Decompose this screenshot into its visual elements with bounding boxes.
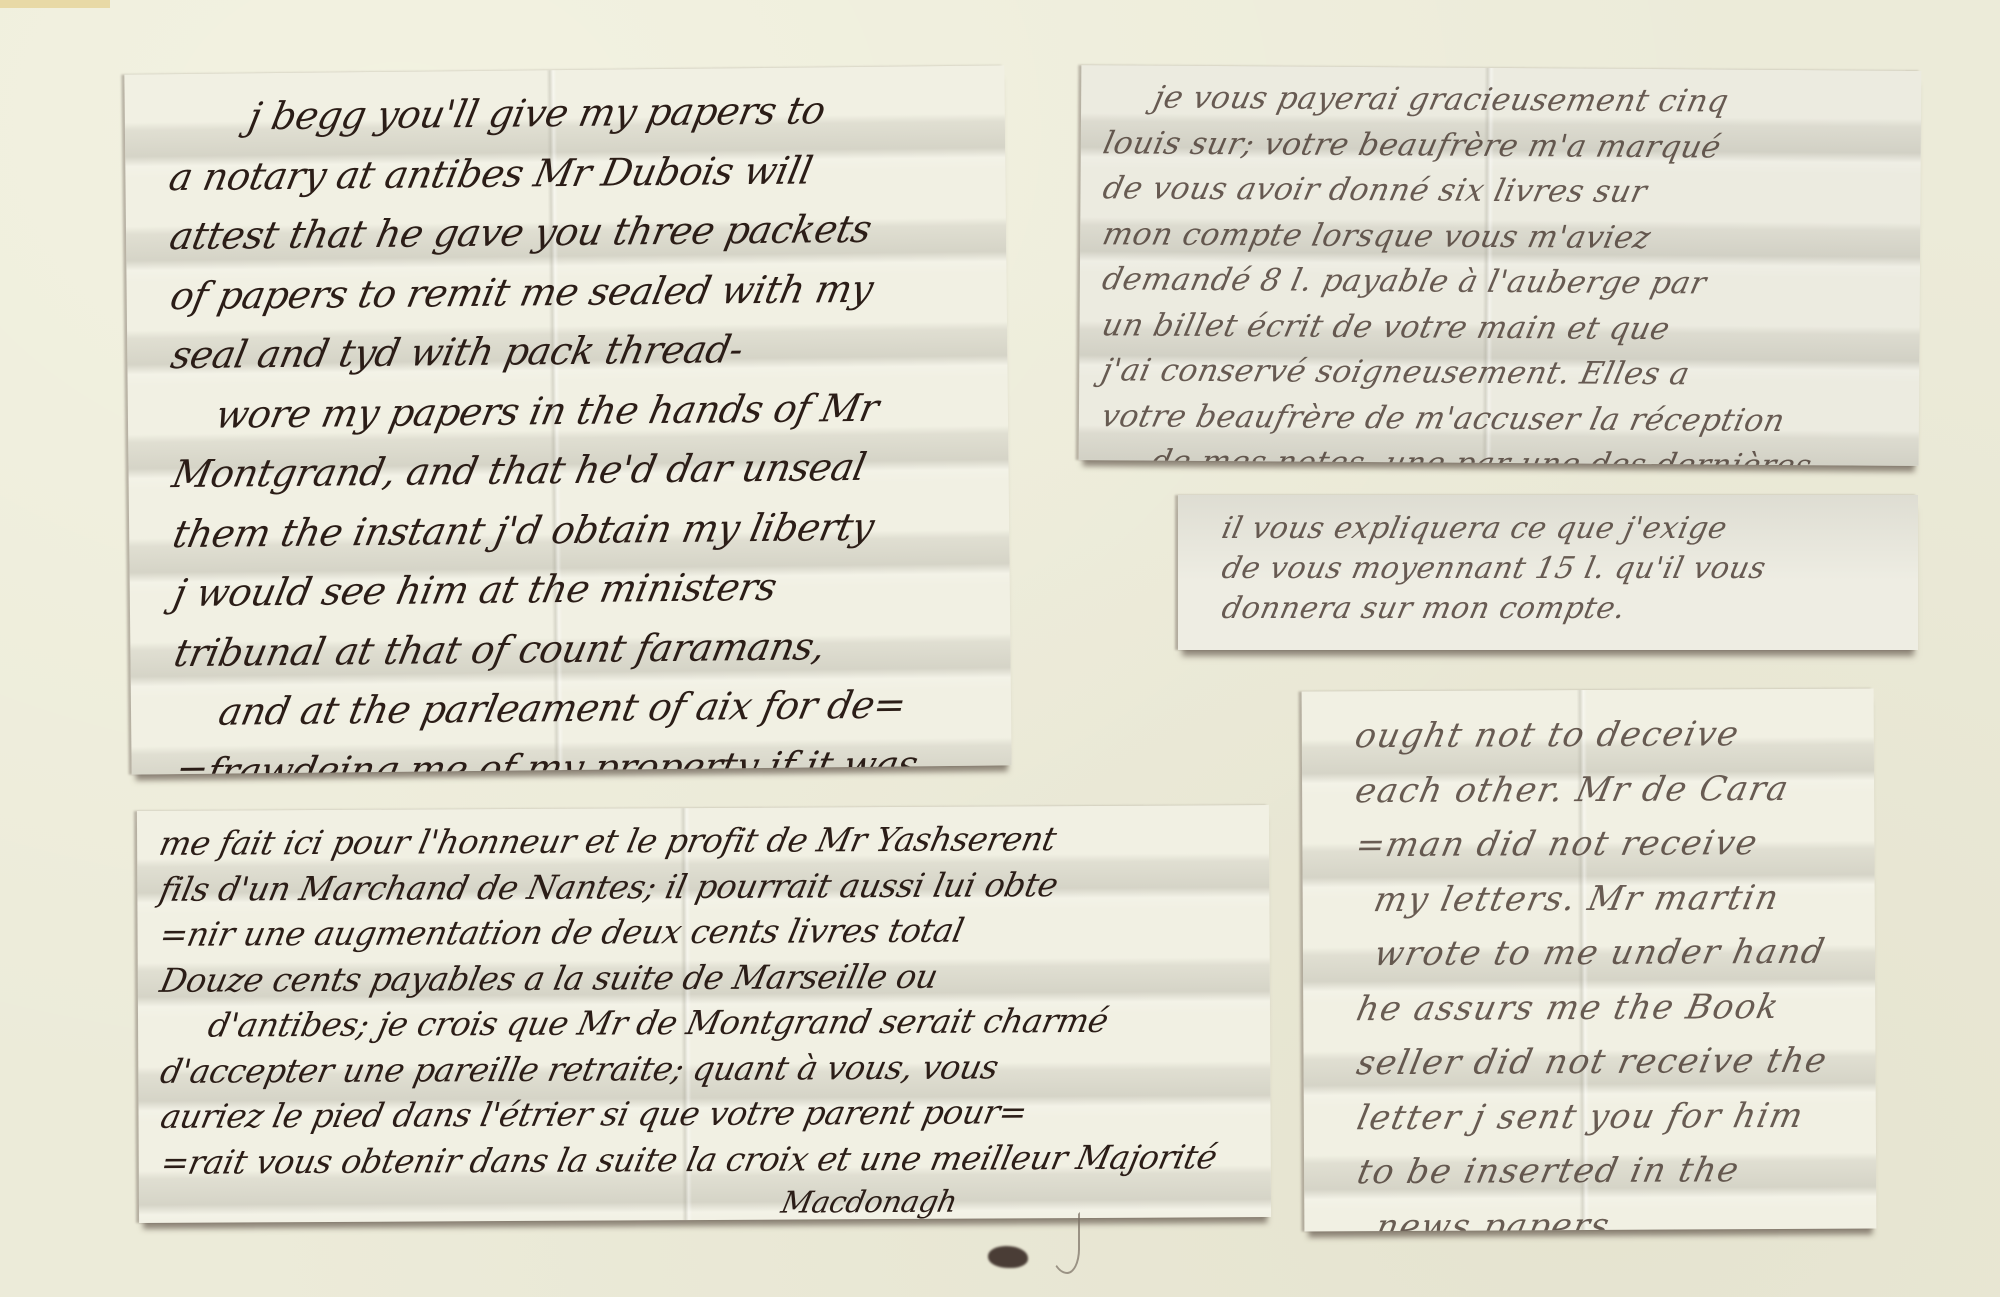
handwritten-line: =man did not receive [1351,815,1876,872]
handwritten-line: de vous avoir donné six livres sur [1098,166,1910,217]
handwritten-lines: je vous payerai gracieusement cinq louis… [1096,75,1901,466]
handwritten-line: each other. Mr de Cara [1350,761,1875,818]
handwritten-line: fils d'un Marchand de Nantes; il pourrai… [155,861,1264,912]
handwritten-line: il vous expliquera ce que j'exige [1218,509,1907,549]
ink-blot [988,1246,1028,1268]
handwritten-line: =rait vous obtenir dans la suite la croi… [157,1134,1266,1185]
letter-fragment-french-strip: il vous expliquera ce que j'exige de vou… [1178,495,1918,650]
handwritten-line: d'accepter une pareille retraite; quant … [156,1043,1265,1094]
handwritten-line: me fait ici pour l'honneur et le profit … [155,815,1264,866]
handwritten-line: d'antibes; je crois que Mr de Montgrand … [156,997,1265,1048]
handwritten-line: auriez le pied dans l'étrier si que votr… [157,1088,1266,1139]
handwritten-line: them the instant j'd obtain my liberty [167,496,993,564]
letter-fragment-english-top-left: j begg you'll give my papers to a notary… [124,65,1011,774]
handwritten-line: he assurs me the Book [1351,979,1876,1036]
handwritten-line: de mes notes, une par une des dernières [1096,439,1908,466]
handwritten-line: louis sur; votre beaufrère m'a marqué [1099,121,1911,172]
handwritten-line: ought not to deceive [1350,706,1875,763]
letter-fragment-english-bottom-right: ought not to deceive each other. Mr de C… [1302,689,1877,1232]
handwritten-line: j would see him at the ministers [168,556,994,624]
signature: Macdonagh [157,1179,1266,1223]
handwritten-line: tribunal at that of count faramans, [169,615,995,683]
letter-fragment-french-top-right: je vous payerai gracieusement cinq louis… [1079,65,1922,466]
handwritten-line: mon compte lorsque vous m'aviez [1098,212,1910,263]
handwritten-lines: il vous expliquera ce que j'exige de vou… [1218,509,1898,629]
handwritten-line: j begg you'll give my papers to [163,80,989,148]
handwritten-line: de vous moyennant 15 l. qu'il vous [1218,549,1907,589]
mat-edge [0,0,110,8]
handwritten-line: seller did not receive the [1352,1033,1877,1090]
handwritten-lines: j begg you'll give my papers to a notary… [163,80,985,775]
handwritten-line: demandé 8 l. payable à l'auberge par [1098,257,1910,308]
handwritten-lines: me fait ici pour l'honneur et le profit … [155,815,1257,1223]
handwritten-line: seal and tyd with pack thread- [166,318,992,386]
handwritten-line: and at the parleament of aix for de= [169,675,995,743]
handwritten-line: =nir une augmentation de deux cents livr… [156,906,1265,957]
handwritten-line: of papers to remit me sealed with my [165,258,991,326]
handwritten-line: Douze cents payables a la suite de Marse… [156,952,1265,1003]
handwritten-line: j'ai conservé soigneusement. Elles a [1097,348,1909,399]
handwritten-line: votre beaufrère de m'accuser la réceptio… [1097,394,1909,445]
handwritten-line: je vous payerai gracieusement cinq [1099,75,1911,126]
handwritten-line: to be inserted in the [1352,1142,1876,1199]
loose-thread [1048,1212,1080,1274]
handwritten-line: my letters. Mr martin [1351,870,1876,927]
letter-fragment-french-bottom-left: me fait ici pour l'honneur et le profit … [137,805,1271,1223]
handwritten-line: Montgrand, and that he'd dar unseal [167,437,993,505]
handwritten-line: donnera sur mon compte. [1218,589,1907,629]
handwritten-line: news papers. [1353,1197,1877,1232]
handwritten-line: un billet écrit de votre main et que [1097,303,1909,354]
handwritten-line: attest that he gave you three packets [164,199,990,267]
handwritten-line: letter j sent you for him [1352,1088,1876,1145]
handwritten-line: wore my papers in the hands of Mr [166,377,992,445]
handwritten-line: a notary at antibes Mr Dubois will [164,139,990,207]
handwritten-lines: ought not to deceive each other. Mr de C… [1350,707,1867,1232]
handwritten-line: wrote to me under hand [1351,924,1876,981]
